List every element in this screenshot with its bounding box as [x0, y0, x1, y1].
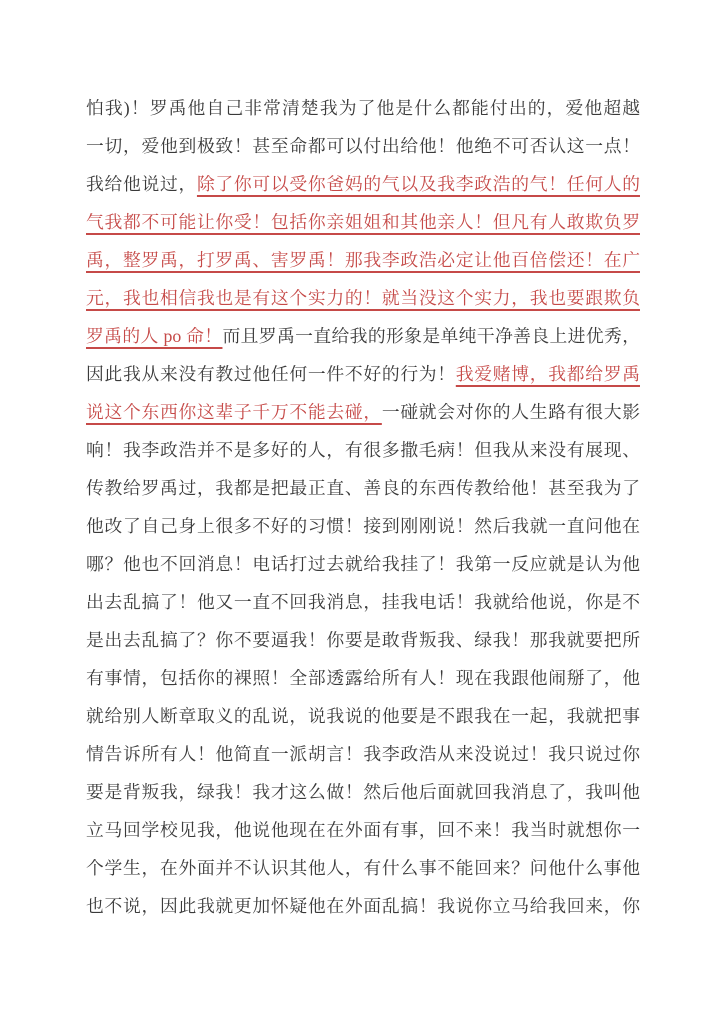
text-segment: 要是背叛我，绿我！我才这么做！然后他后面就回我消息了，我叫他 [86, 782, 640, 802]
text-line: 传教给罗禹过，我都是把最正直、善良的东西传教给他！甚至我为了 [86, 469, 640, 507]
text-line: 有事情，包括你的裸照！全部透露给所有人！现在我跟他闹掰了，他 [86, 659, 640, 697]
text-segment: 我给他说过， [86, 174, 197, 194]
text-segment: 出去乱搞了！他又一直不回我消息，挂我电话！我就给他说，你是不 [86, 592, 640, 612]
text-line: 要是背叛我，绿我！我才这么做！然后他后面就回我消息了，我叫他 [86, 773, 640, 811]
text-segment: 也不说，因此我就更加怀疑他在外面乱搞！我说你立马给我回来，你 [86, 896, 640, 916]
highlighted-text-segment: 我爱赌博，我都给罗禹 [456, 364, 640, 384]
text-segment: 而且罗禹一直给我的形象是单纯干净善良上进优秀， [222, 326, 640, 346]
text-segment: 是出去乱搞了？你不要逼我！你要是敢背叛我、绿我！那我就要把所 [86, 630, 640, 650]
highlighted-text-segment: 说这个东西你这辈子千万不能去碰， [86, 402, 382, 422]
text-segment: 响！我李政浩并不是多好的人，有很多撒毛病！但我从来没有展现、 [86, 440, 640, 460]
text-segment: 传教给罗禹过，我都是把最正直、善良的东西传教给他！甚至我为了 [86, 478, 640, 498]
highlighted-text-segment: 元，我也相信我也是有这个实力的！就当没这个实力，我也要跟欺负 [86, 288, 640, 308]
text-line: 情告诉所有人！他简直一派胡言！我李政浩从来没说过！我只说过你 [86, 735, 640, 773]
highlighted-text-segment: 气我都不可能让你受！包括你亲姐姐和其他亲人！但凡有人敢欺负罗 [86, 212, 640, 232]
text-segment: 怕我)！罗禹他自己非常清楚我为了他是什么都能付出的，爱他超越 [86, 98, 640, 118]
text-line: 禹，整罗禹，打罗禹、害罗禹！那我李政浩必定让他百倍偿还！在广 [86, 241, 640, 279]
text-line: 他改了自己身上很多不好的习惯！接到刚刚说！然后我就一直问他在 [86, 507, 640, 545]
text-line: 也不说，因此我就更加怀疑他在外面乱搞！我说你立马给我回来，你 [86, 887, 640, 925]
text-segment: 哪？他也不回消息！电话打过去就给我挂了！我第一反应就是认为他 [86, 554, 640, 574]
text-line: 出去乱搞了！他又一直不回我消息，挂我电话！我就给他说，你是不 [86, 583, 640, 621]
text-line: 说这个东西你这辈子千万不能去碰，一碰就会对你的人生路有很大影 [86, 393, 640, 431]
text-line: 哪？他也不回消息！电话打过去就给我挂了！我第一反应就是认为他 [86, 545, 640, 583]
text-block: 怕我)！罗禹他自己非常清楚我为了他是什么都能付出的，爱他超越一切，爱他到极致！甚… [86, 89, 640, 925]
text-segment: 立马回学校见我，他说他现在在外面有事，回不来！我当时就想你一 [86, 820, 640, 840]
highlighted-text-segment: 禹，整罗禹，打罗禹、害罗禹！那我李政浩必定让他百倍偿还！在广 [86, 250, 640, 270]
text-segment: 他改了自己身上很多不好的习惯！接到刚刚说！然后我就一直问他在 [86, 516, 640, 536]
text-line: 因此我从来没有教过他任何一件不好的行为！我爱赌博，我都给罗禹 [86, 355, 640, 393]
highlighted-text-segment: 除了你可以受你爸妈的气以及我李政浩的气！任何人的 [197, 174, 640, 194]
text-segment: 情告诉所有人！他简直一派胡言！我李政浩从来没说过！我只说过你 [86, 744, 640, 764]
text-line: 立马回学校见我，他说他现在在外面有事，回不来！我当时就想你一 [86, 811, 640, 849]
text-line: 个学生，在外面并不认识其他人，有什么事不能回来？问他什么事他 [86, 849, 640, 887]
text-segment: 就给别人断章取义的乱说，说我说的他要是不跟我在一起，我就把事 [86, 706, 640, 726]
text-line: 罗禹的人 po 命！而且罗禹一直给我的形象是单纯干净善良上进优秀， [86, 317, 640, 355]
text-segment: 有事情，包括你的裸照！全部透露给所有人！现在我跟他闹掰了，他 [86, 668, 640, 688]
text-segment: 一切，爱他到极致！甚至命都可以付出给他！他绝不可否认这一点！ [86, 136, 640, 156]
document-page: 怕我)！罗禹他自己非常清楚我为了他是什么都能付出的，爱他超越一切，爱他到极致！甚… [0, 0, 724, 1024]
text-line: 气我都不可能让你受！包括你亲姐姐和其他亲人！但凡有人敢欺负罗 [86, 203, 640, 241]
text-line: 响！我李政浩并不是多好的人，有很多撒毛病！但我从来没有展现、 [86, 431, 640, 469]
text-segment: 个学生，在外面并不认识其他人，有什么事不能回来？问他什么事他 [86, 858, 640, 878]
text-segment: 因此我从来没有教过他任何一件不好的行为！ [86, 364, 456, 384]
text-line: 一切，爱他到极致！甚至命都可以付出给他！他绝不可否认这一点！ [86, 127, 640, 165]
highlighted-text-segment: 罗禹的人 po 命！ [86, 326, 222, 346]
text-line: 是出去乱搞了？你不要逼我！你要是敢背叛我、绿我！那我就要把所 [86, 621, 640, 659]
text-line: 元，我也相信我也是有这个实力的！就当没这个实力，我也要跟欺负 [86, 279, 640, 317]
text-segment: 一碰就会对你的人生路有很大影 [382, 402, 640, 422]
text-line: 就给别人断章取义的乱说，说我说的他要是不跟我在一起，我就把事 [86, 697, 640, 735]
text-line: 怕我)！罗禹他自己非常清楚我为了他是什么都能付出的，爱他超越 [86, 89, 640, 127]
text-line: 我给他说过，除了你可以受你爸妈的气以及我李政浩的气！任何人的 [86, 165, 640, 203]
